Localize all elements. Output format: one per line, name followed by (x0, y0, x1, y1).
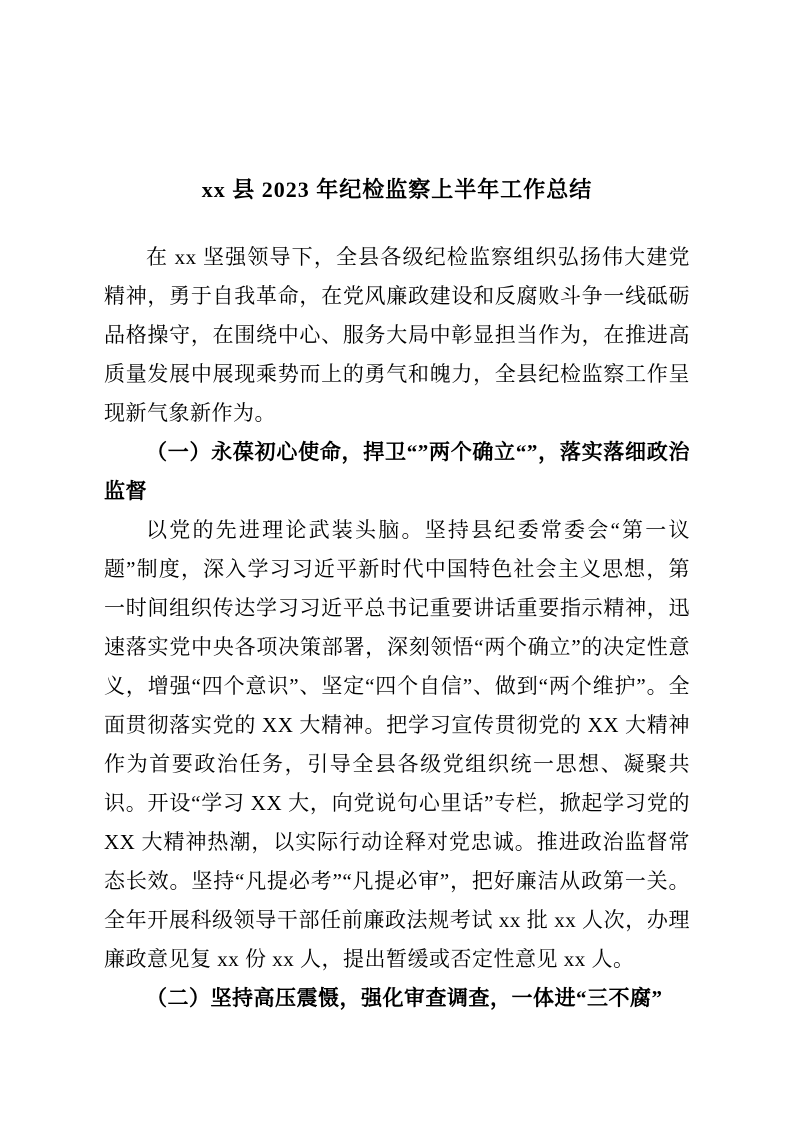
intro-paragraph: 在 xx 坚强领导下，全县各级纪检监察组织弘扬伟大建党精神，勇于自我革命，在党风… (104, 238, 690, 433)
section-2-heading: （二）坚持高压震慑，强化审查调查，一体进“三不腐” (104, 979, 690, 1018)
document-title: xx 县 2023 年纪检监察上半年工作总结 (104, 170, 690, 210)
section-1-body: 以党的先进理论武装头脑。坚持县纪委常委会“第一议题”制度，深入学习习近平新时代中… (104, 511, 690, 979)
section-1-heading: （一）永葆初心使命，捍卫“”两个确立“”，落实落细政治监督 (104, 433, 690, 511)
document-canvas: { "document": { "title": "xx 县 2023 年纪检监… (0, 0, 793, 1122)
document-page: xx 县 2023 年纪检监察上半年工作总结 在 xx 坚强领导下，全县各级纪检… (104, 170, 690, 1018)
